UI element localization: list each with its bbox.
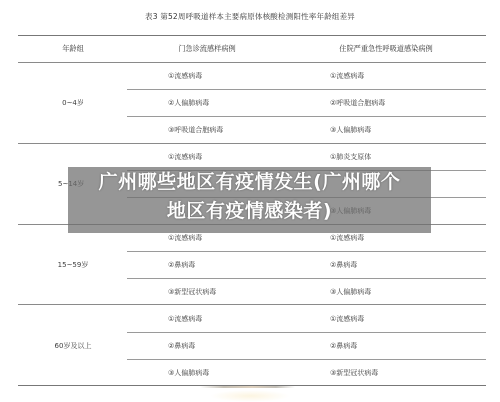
overlay-title: 广州哪些地区有疫情发生(广州哪个 地区有疫情感染者) [68,168,431,226]
row-divider [127,116,486,117]
inpatient-cell: ①肺炎支原体 [330,152,371,162]
group-divider [18,304,486,305]
inpatient-cell: ③人偏肺病毒 [330,125,371,135]
outpatient-cell: ①流感病毒 [168,152,202,162]
inpatient-cell: ②呼吸道合胞病毒 [330,98,385,108]
inpatient-cell: ③人偏肺病毒 [330,287,371,297]
overlay-title-line1: 广州哪些地区有疫情发生(广州哪个 [68,168,431,197]
row-divider [127,278,486,279]
inpatient-cell: ②鼻病毒 [330,260,357,270]
age-group-cell: 60岁及以上 [18,341,128,351]
outpatient-cell: ①流感病毒 [168,71,202,81]
inpatient-cell: ①流感病毒 [330,314,364,324]
header-age-group: 年龄组 [18,44,128,54]
row-divider [127,89,486,90]
row-divider [127,251,486,252]
outpatient-cell: ②鼻病毒 [168,341,195,351]
inpatient-cell: ①流感病毒 [330,71,364,81]
age-group-cell: 0~4岁 [18,98,128,108]
bottom-decoration [200,386,295,388]
inpatient-cell: ②鼻病毒 [330,341,357,351]
row-divider [127,332,486,333]
header-inpatient: 住院严重急性呼吸道感染病例 [286,44,486,54]
bottom-glow [210,390,290,402]
table-top-rule [18,35,486,36]
inpatient-cell: ③新型冠状病毒 [330,368,378,378]
outpatient-cell: ②人偏肺病毒 [168,98,209,108]
group-divider [18,143,486,144]
header-outpatient: 门急诊流感样病例 [127,44,287,54]
outpatient-cell: ③呼吸道合胞病毒 [168,125,223,135]
outpatient-cell: ①流感病毒 [168,314,202,324]
row-divider [127,359,486,360]
header-bottom-rule [18,62,486,63]
outpatient-cell: ①流感病毒 [168,233,202,243]
table-caption: 表3 第52周呼吸道样本主要病原体核酸检测阳性率年龄组差异 [0,11,500,22]
inpatient-cell: ①流感病毒 [330,233,364,243]
age-group-cell: 15~59岁 [18,260,128,270]
outpatient-cell: ③人偏肺病毒 [168,368,209,378]
overlay-title-line2: 地区有疫情感染者) [68,197,431,226]
outpatient-cell: ③新型冠状病毒 [168,287,216,297]
outpatient-cell: ②鼻病毒 [168,260,195,270]
